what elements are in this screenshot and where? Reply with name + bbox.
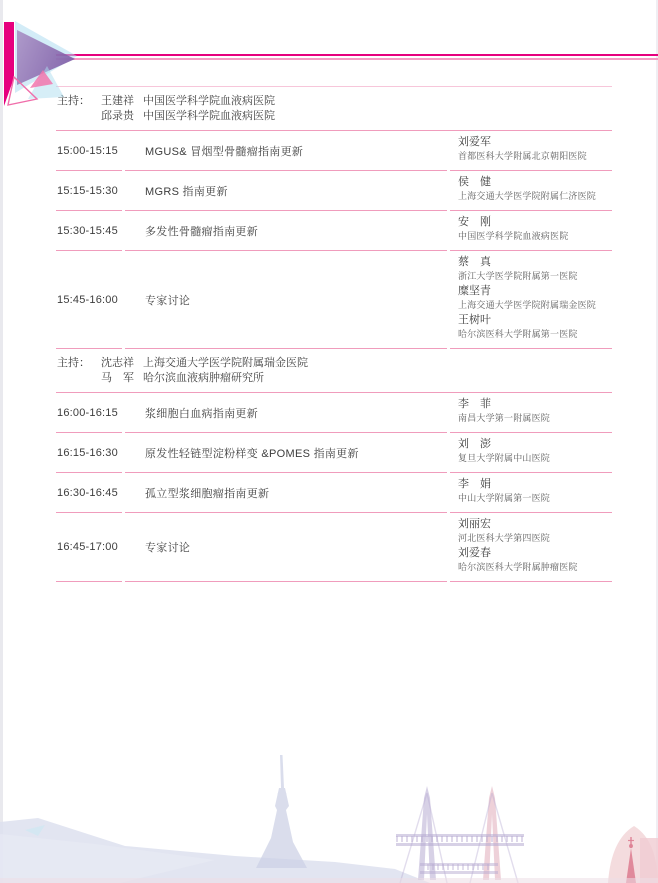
session-row: 15:00-15:15 MGUS& 冒烟型骨髓瘤指南更新 刘爱军 首都医科大学附… (56, 131, 612, 171)
chair-entry: 马 军 哈尔滨血液病肿瘤研究所 (101, 371, 612, 386)
bridge-icon (396, 786, 524, 883)
magenta-bar (4, 22, 14, 78)
speaker-entry: 刘丽宏 河北医科大学第四医院 (458, 518, 612, 544)
session-row: 15:45-16:00 专家讨论 蔡 真 浙江大学医学院附属第一医院 糜坚青 上… (56, 251, 612, 349)
speaker-affiliation: 中国医学科学院血液病医院 (458, 231, 612, 242)
speaker-entry: 李 娟 中山大学附属第一医院 (458, 478, 612, 504)
chair-affiliation: 上海交通大学医学院附属瑞金医院 (143, 356, 308, 371)
schedule-section: 主持： 沈志祥 上海交通大学医学院附属瑞金医院 马 军 哈尔滨血液病肿瘤研究所 … (56, 349, 612, 582)
session-time: 16:00-16:15 (56, 393, 122, 433)
dragon-tower-icon (256, 755, 307, 868)
speaker-affiliation: 浙江大学医学院附属第一医院 (458, 271, 612, 282)
header-rule-magenta (56, 54, 658, 56)
speaker-name: 侯 健 (458, 176, 612, 189)
schedule-section: 主持： 王建祥 中国医学科学院血液病医院 邱录贵 中国医学科学院血液病医院 15… (56, 87, 612, 349)
chair-row: 主持： 沈志祥 上海交通大学医学院附属瑞金医院 马 军 哈尔滨血液病肿瘤研究所 (56, 349, 612, 393)
harbin-skyline-illustration (0, 738, 658, 883)
speaker-entry: 刘 澎 复旦大学附属中山医院 (458, 438, 612, 464)
session-time: 15:15-15:30 (56, 171, 122, 211)
speaker-name: 糜坚青 (458, 285, 612, 298)
session-time: 15:30-15:45 (56, 211, 122, 251)
session-list: 16:00-16:15 浆细胞白血病指南更新 李 菲 南昌大学第一附属医院 16… (56, 393, 612, 582)
chair-entry: 沈志祥 上海交通大学医学院附属瑞金医院 (101, 356, 612, 371)
program-page: { "page": { "type": "conference-program-… (0, 0, 658, 883)
speaker-name: 李 娟 (458, 478, 612, 491)
session-title: 专家讨论 (125, 513, 447, 582)
speaker-name: 刘爱春 (458, 547, 612, 560)
speaker-affiliation: 上海交通大学医学院附属瑞金医院 (458, 300, 612, 311)
chair-affiliation: 中国医学科学院血液病医院 (143, 109, 275, 124)
session-row: 16:00-16:15 浆细胞白血病指南更新 李 菲 南昌大学第一附属医院 (56, 393, 612, 433)
chair-entry: 王建祥 中国医学科学院血液病医院 (101, 94, 612, 109)
speaker-affiliation: 哈尔滨医科大学附属第一医院 (458, 329, 612, 340)
speaker-name: 李 菲 (458, 398, 612, 411)
session-speakers: 刘 澎 复旦大学附属中山医院 (450, 433, 612, 473)
schedule-table: 主持： 王建祥 中国医学科学院血液病医院 邱录贵 中国医学科学院血液病医院 15… (56, 86, 612, 582)
session-speakers: 安 刚 中国医学科学院血液病医院 (450, 211, 612, 251)
speaker-name: 刘爱军 (458, 136, 612, 149)
session-time: 15:45-16:00 (56, 251, 122, 349)
session-title: 原发性轻链型淀粉样变 &POMES 指南更新 (125, 433, 447, 473)
speaker-affiliation: 首都医科大学附属北京朝阳医院 (458, 151, 612, 162)
speaker-name: 安 刚 (458, 216, 612, 229)
speaker-name: 蔡 真 (458, 256, 612, 269)
speaker-affiliation: 中山大学附属第一医院 (458, 493, 612, 504)
session-title: 浆细胞白血病指南更新 (125, 393, 447, 433)
session-title: MGRS 指南更新 (125, 171, 447, 211)
session-title: 孤立型浆细胞瘤指南更新 (125, 473, 447, 513)
session-speakers: 蔡 真 浙江大学医学院附属第一医院 糜坚青 上海交通大学医学院附属瑞金医院 王树… (450, 251, 612, 349)
session-speakers: 刘爱军 首都医科大学附属北京朝阳医院 (450, 131, 612, 171)
speaker-affiliation: 河北医科大学第四医院 (458, 533, 612, 544)
speaker-entry: 李 菲 南昌大学第一附属医院 (458, 398, 612, 424)
chair-entry: 邱录贵 中国医学科学院血液病医院 (101, 109, 612, 124)
speaker-entry: 刘爱春 哈尔滨医科大学附属肿瘤医院 (458, 547, 612, 573)
speaker-affiliation: 哈尔滨医科大学附属肿瘤医院 (458, 562, 612, 573)
session-speakers: 李 菲 南昌大学第一附属医院 (450, 393, 612, 433)
chair-name: 沈志祥 (101, 356, 134, 371)
session-row: 16:45-17:00 专家讨论 刘丽宏 河北医科大学第四医院 刘爱春 哈尔滨医… (56, 513, 612, 582)
chair-name: 马 军 (101, 371, 134, 386)
speaker-entry: 糜坚青 上海交通大学医学院附属瑞金医院 (458, 285, 612, 311)
speaker-entry: 安 刚 中国医学科学院血液病医院 (458, 216, 612, 242)
session-title: MGUS& 冒烟型骨髓瘤指南更新 (125, 131, 447, 171)
bottom-edge-strip (0, 878, 658, 883)
session-row: 16:15-16:30 原发性轻链型淀粉样变 &POMES 指南更新 刘 澎 复… (56, 433, 612, 473)
session-time: 16:15-16:30 (56, 433, 122, 473)
chair-list: 沈志祥 上海交通大学医学院附属瑞金医院 马 军 哈尔滨血液病肿瘤研究所 (101, 356, 612, 386)
session-title: 专家讨论 (125, 251, 447, 349)
session-title: 多发性骨髓瘤指南更新 (125, 211, 447, 251)
session-time: 16:30-16:45 (56, 473, 122, 513)
speaker-affiliation: 上海交通大学医学院附属仁济医院 (458, 191, 612, 202)
speaker-name: 王树叶 (458, 314, 612, 327)
chair-label: 主持： (57, 356, 101, 371)
speaker-name: 刘 澎 (458, 438, 612, 451)
session-row: 15:15-15:30 MGRS 指南更新 侯 健 上海交通大学医学院附属仁济医… (56, 171, 612, 211)
speaker-name: 刘丽宏 (458, 518, 612, 531)
chair-affiliation: 哈尔滨血液病肿瘤研究所 (143, 371, 264, 386)
chair-list: 王建祥 中国医学科学院血液病医院 邱录贵 中国医学科学院血液病医院 (101, 94, 612, 124)
speaker-affiliation: 南昌大学第一附属医院 (458, 413, 612, 424)
session-time: 16:45-17:00 (56, 513, 122, 582)
speaker-entry: 蔡 真 浙江大学医学院附属第一医院 (458, 256, 612, 282)
chair-affiliation: 中国医学科学院血液病医院 (143, 94, 275, 109)
session-list: 15:00-15:15 MGUS& 冒烟型骨髓瘤指南更新 刘爱军 首都医科大学附… (56, 131, 612, 349)
session-time: 15:00-15:15 (56, 131, 122, 171)
session-row: 16:30-16:45 孤立型浆细胞瘤指南更新 李 娟 中山大学附属第一医院 (56, 473, 612, 513)
speaker-entry: 刘爱军 首都医科大学附属北京朝阳医院 (458, 136, 612, 162)
chair-row: 主持： 王建祥 中国医学科学院血液病医院 邱录贵 中国医学科学院血液病医院 (56, 87, 612, 131)
speaker-entry: 王树叶 哈尔滨医科大学附属第一医院 (458, 314, 612, 340)
session-speakers: 刘丽宏 河北医科大学第四医院 刘爱春 哈尔滨医科大学附属肿瘤医院 (450, 513, 612, 582)
session-speakers: 李 娟 中山大学附属第一医院 (450, 473, 612, 513)
cathedral-dome-icon (608, 826, 658, 883)
triangle-cluster-decoration (0, 0, 120, 120)
session-row: 15:30-15:45 多发性骨髓瘤指南更新 安 刚 中国医学科学院血液病医院 (56, 211, 612, 251)
speaker-affiliation: 复旦大学附属中山医院 (458, 453, 612, 464)
header-rule-pink (56, 58, 658, 60)
session-speakers: 侯 健 上海交通大学医学院附属仁济医院 (450, 171, 612, 211)
speaker-entry: 侯 健 上海交通大学医学院附属仁济医院 (458, 176, 612, 202)
